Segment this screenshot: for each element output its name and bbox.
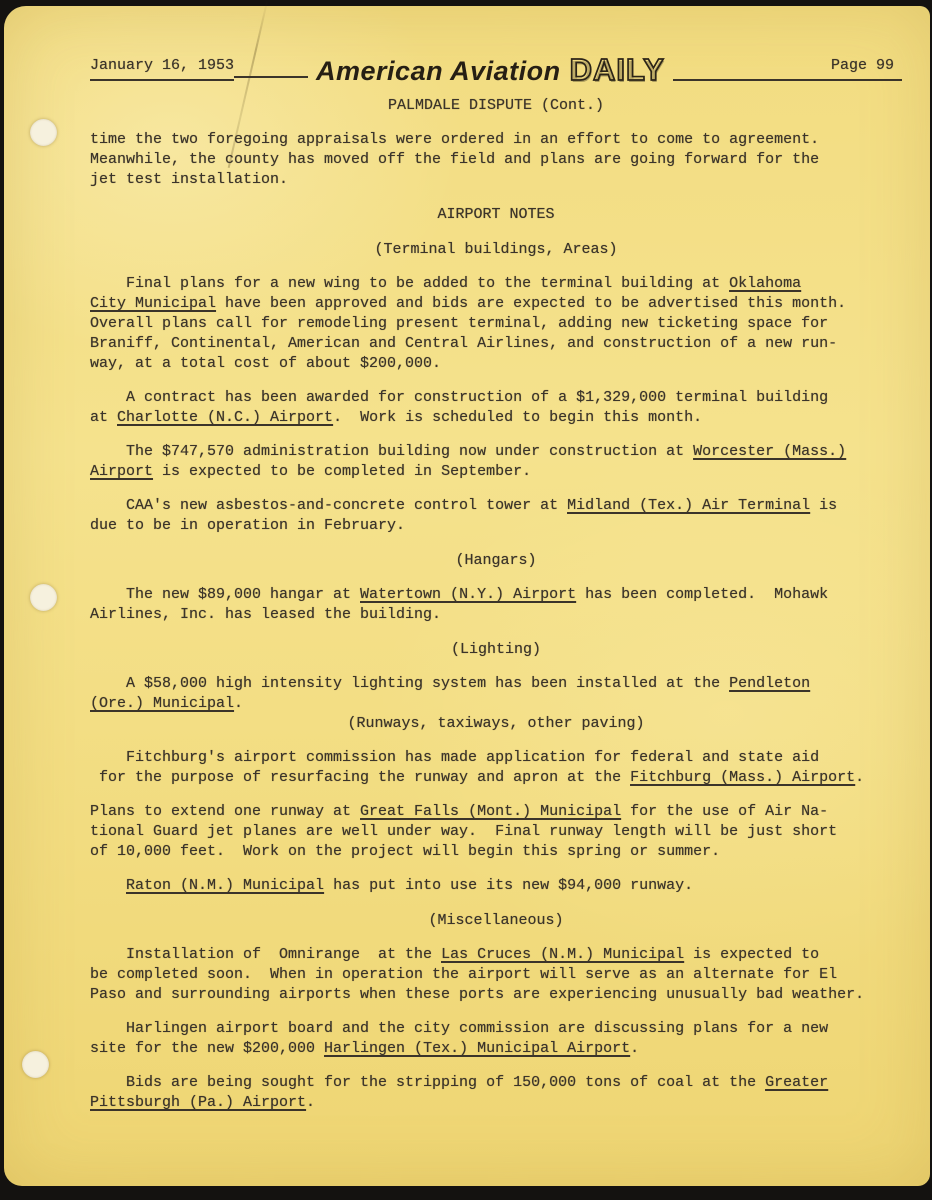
text-line: time the two foregoing appraisals were o… [90, 130, 902, 150]
text-run: Fitchburg's airport commission has made … [90, 749, 819, 766]
underlined-phrase: (Ore.) Municipal [90, 695, 234, 712]
text-run: Final plans for a new wing to be added t… [90, 275, 729, 292]
underlined-phrase: Greater [765, 1074, 828, 1091]
paragraph: A $58,000 high intensity lighting system… [90, 674, 902, 714]
text-line: Braniff, Continental, American and Centr… [90, 334, 902, 354]
underlined-phrase: Fitchburg (Mass.) Airport [630, 769, 855, 786]
text-run: time the two foregoing appraisals were o… [90, 131, 819, 148]
text-run [90, 877, 126, 894]
underlined-phrase: Raton (N.M.) Municipal [126, 877, 324, 894]
text-line: CAA's new asbestos-and-concrete control … [90, 496, 902, 516]
text-line: Airlines, Inc. has leased the building. [90, 605, 902, 625]
text-run: Overall plans call for remodeling presen… [90, 315, 828, 332]
text-line: A $58,000 high intensity lighting system… [90, 674, 902, 694]
section-heading: (Runways, taxiways, other paving) [90, 714, 902, 734]
text-run: has been completed. Mohawk [576, 586, 828, 603]
text-run: for the purpose of resurfacing the runwa… [90, 769, 630, 786]
text-run: is expected to be completed in September… [153, 463, 531, 480]
page-number: Page 99 [831, 56, 894, 79]
header-rule-right: Page 99 [673, 56, 902, 81]
section-heading: (Terminal buildings, Areas) [90, 240, 902, 260]
text-line: Plans to extend one runway at Great Fall… [90, 802, 902, 822]
paper-page: January 16, 1953 American Aviation DAILY… [4, 6, 930, 1186]
text-run: Braniff, Continental, American and Centr… [90, 335, 837, 352]
text-line: City Municipal have been approved and bi… [90, 294, 902, 314]
underlined-phrase: Las Cruces (N.M.) Municipal [441, 946, 684, 963]
text-line: at Charlotte (N.C.) Airport. Work is sch… [90, 408, 902, 428]
text-line: The $747,570 administration building now… [90, 442, 902, 462]
underlined-phrase: Worcester (Mass.) [693, 443, 846, 460]
text-line: due to be in operation in February. [90, 516, 902, 536]
text-run: A contract has been awarded for construc… [90, 389, 828, 406]
text-run: site for the new $200,000 [90, 1040, 324, 1057]
text-run: due to be in operation in February. [90, 517, 405, 534]
text-line: be completed soon. When in operation the… [90, 965, 902, 985]
paragraph: Harlingen airport board and the city com… [90, 1019, 902, 1059]
text-run: . [630, 1040, 639, 1057]
paragraph: A contract has been awarded for construc… [90, 388, 902, 428]
text-line: way, at a total cost of about $200,000. [90, 354, 902, 374]
text-run: way, at a total cost of about $200,000. [90, 355, 441, 372]
text-line: Raton (N.M.) Municipal has put into use … [90, 876, 902, 896]
text-line: Overall plans call for remodeling presen… [90, 314, 902, 334]
text-line: tional Guard jet planes are well under w… [90, 822, 902, 842]
text-line: Paso and surrounding airports when these… [90, 985, 902, 1005]
text-run: Harlingen airport board and the city com… [90, 1020, 828, 1037]
text-run: of 10,000 feet. Work on the project will… [90, 843, 720, 860]
text-line: Bids are being sought for the stripping … [90, 1073, 902, 1093]
text-run: Meanwhile, the county has moved off the … [90, 151, 819, 168]
text-run: The $747,570 administration building now… [90, 443, 693, 460]
text-run: CAA's new asbestos-and-concrete control … [90, 497, 567, 514]
paragraph: Fitchburg's airport commission has made … [90, 748, 902, 788]
text-run: has put into use its new $94,000 runway. [324, 877, 693, 894]
paragraph: time the two foregoing appraisals were o… [90, 130, 902, 190]
masthead-title: American Aviation [316, 61, 561, 81]
text-line: site for the new $200,000 Harlingen (Tex… [90, 1039, 902, 1059]
text-run: The new $89,000 hangar at [90, 586, 360, 603]
underlined-phrase: City Municipal [90, 295, 216, 312]
text-line: Airport is expected to be completed in S… [90, 462, 902, 482]
section-heading: AIRPORT NOTES [90, 205, 902, 225]
text-line: of 10,000 feet. Work on the project will… [90, 842, 902, 862]
paragraph: Final plans for a new wing to be added t… [90, 274, 902, 374]
text-run: Plans to extend one runway at [90, 803, 360, 820]
text-run: A $58,000 high intensity lighting system… [90, 675, 729, 692]
text-line: Installation of Omnirange at the Las Cru… [90, 945, 902, 965]
paragraph: Bids are being sought for the stripping … [90, 1073, 902, 1113]
text-line: for the purpose of resurfacing the runwa… [90, 768, 902, 788]
text-run: jet test installation. [90, 171, 288, 188]
text-run: have been approved and bids are expected… [216, 295, 846, 312]
text-run: at [90, 409, 117, 426]
section-heading: (Hangars) [90, 551, 902, 571]
text-run: . [306, 1094, 315, 1111]
scanned-document-screenshot: { "page": { "scan_background_color": "#1… [0, 0, 932, 1200]
underlined-phrase: Pendleton [729, 675, 810, 692]
underlined-phrase: Midland (Tex.) Air Terminal [567, 497, 810, 514]
text-run: . Work is scheduled to begin this month. [333, 409, 702, 426]
text-run: be completed soon. When in operation the… [90, 966, 837, 983]
text-line: A contract has been awarded for construc… [90, 388, 902, 408]
underlined-phrase: Pittsburgh (Pa.) Airport [90, 1094, 306, 1111]
text-line: Meanwhile, the county has moved off the … [90, 150, 902, 170]
text-run: for the use of Air Na- [621, 803, 828, 820]
underlined-phrase: Harlingen (Tex.) Municipal Airport [324, 1040, 630, 1057]
text-line: Fitchburg's airport commission has made … [90, 748, 902, 768]
paragraph: Plans to extend one runway at Great Fall… [90, 802, 902, 862]
text-line: (Ore.) Municipal. [90, 694, 902, 714]
text-run: is [810, 497, 837, 514]
section-heading: PALMDALE DISPUTE (Cont.) [90, 96, 902, 116]
text-line: Pittsburgh (Pa.) Airport. [90, 1093, 902, 1113]
header-rule-left [234, 76, 308, 78]
text-run: Installation of Omnirange at the [90, 946, 441, 963]
text-run: . [855, 769, 864, 786]
text-run: tional Guard jet planes are well under w… [90, 823, 837, 840]
paragraph: CAA's new asbestos-and-concrete control … [90, 496, 902, 536]
text-run: Bids are being sought for the stripping … [90, 1074, 765, 1091]
text-line: jet test installation. [90, 170, 902, 190]
underlined-phrase: Watertown (N.Y.) Airport [360, 586, 576, 603]
paragraph: Installation of Omnirange at the Las Cru… [90, 945, 902, 1005]
section-heading: (Lighting) [90, 640, 902, 660]
text-run: Airlines, Inc. has leased the building. [90, 606, 441, 623]
section-heading: (Miscellaneous) [90, 911, 902, 931]
underlined-phrase: Airport [90, 463, 153, 480]
masthead-daily-wordmark: DAILY [570, 60, 665, 80]
text-run: is expected to [684, 946, 819, 963]
underlined-phrase: Oklahoma [729, 275, 801, 292]
paragraph: Raton (N.M.) Municipal has put into use … [90, 876, 902, 896]
text-line: The new $89,000 hangar at Watertown (N.Y… [90, 585, 902, 605]
page-content: January 16, 1953 American Aviation DAILY… [4, 6, 930, 1113]
paragraph: The $747,570 administration building now… [90, 442, 902, 482]
text-line: Harlingen airport board and the city com… [90, 1019, 902, 1039]
document-body: PALMDALE DISPUTE (Cont.)time the two for… [90, 96, 902, 1113]
text-run: . [234, 695, 243, 712]
masthead-logo: American Aviation DAILY [316, 60, 665, 81]
text-run: Paso and surrounding airports when these… [90, 986, 864, 1003]
underlined-phrase: Great Falls (Mont.) Municipal [360, 803, 621, 820]
issue-date: January 16, 1953 [90, 56, 234, 81]
text-line: Final plans for a new wing to be added t… [90, 274, 902, 294]
paragraph: The new $89,000 hangar at Watertown (N.Y… [90, 585, 902, 625]
underlined-phrase: Charlotte (N.C.) Airport [117, 409, 333, 426]
masthead-row: January 16, 1953 American Aviation DAILY… [90, 56, 902, 81]
